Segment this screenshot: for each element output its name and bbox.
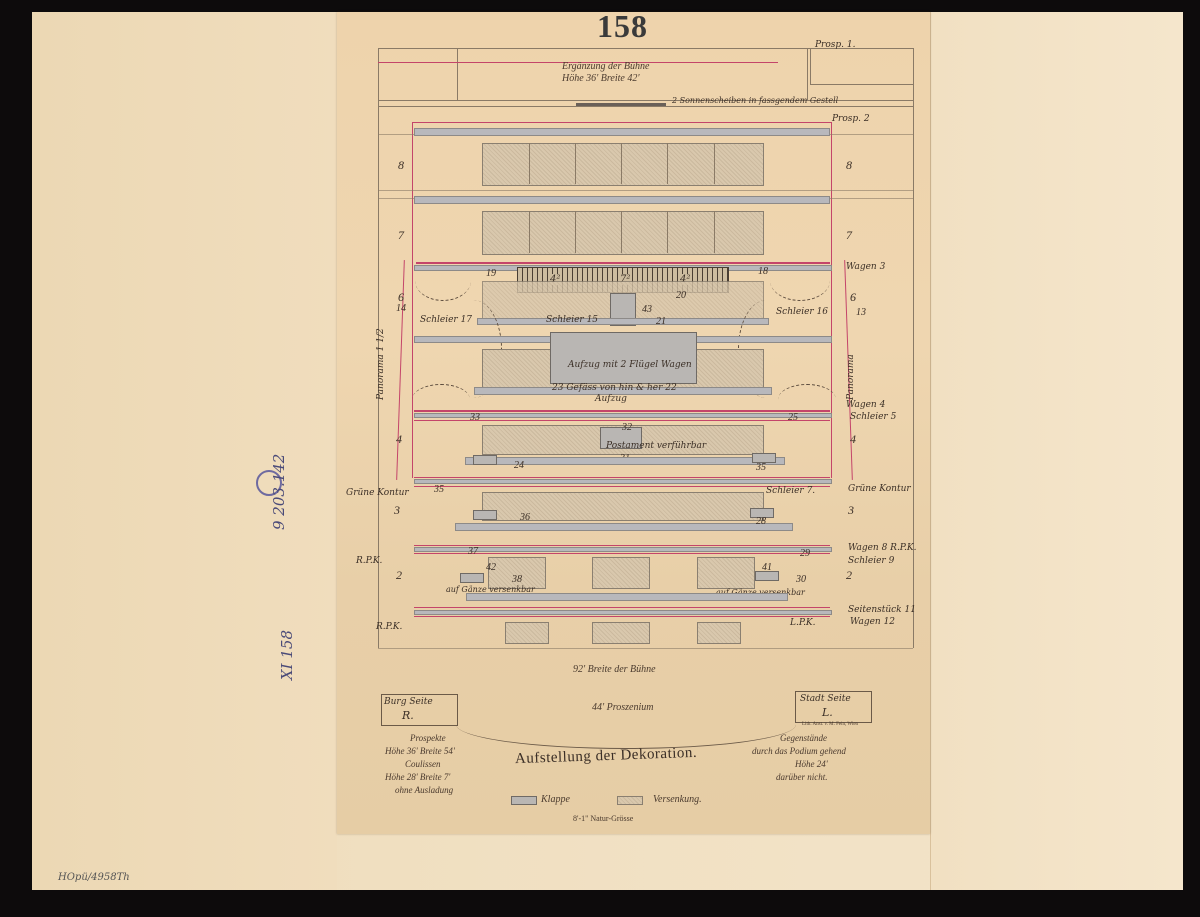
cue-number: 35: [434, 484, 444, 495]
cue-number: 41: [762, 562, 772, 573]
red-line: [414, 477, 830, 478]
legend-klappe-swatch: [511, 796, 537, 805]
stadt-seite-l: L.: [822, 706, 833, 719]
wagen8-label: Wagen 8 R.P.K.: [848, 543, 916, 553]
row-label-right: 4: [850, 432, 856, 447]
note-left-3: Coulissen: [405, 759, 441, 769]
rule: [667, 143, 668, 184]
cue-number: 18: [758, 266, 768, 277]
cue-number: 19: [486, 268, 496, 279]
cue-number: 38: [512, 574, 522, 585]
trap-area: [697, 557, 755, 589]
trap-door: [473, 510, 497, 520]
proscenium-curve: [456, 700, 796, 749]
rule: [714, 143, 715, 184]
header-line-1: Ergänzung der Bühne: [562, 61, 649, 72]
prosp2-label: Prosp. 2: [832, 114, 870, 124]
trap-area: [505, 622, 549, 644]
rule: [575, 143, 576, 184]
aufzug2-label: Aufzug: [595, 394, 627, 404]
swing-arc: [770, 260, 830, 301]
note-right-4: darüber nicht.: [776, 772, 828, 782]
rule: [378, 106, 913, 107]
rpk2-label: R.P.K.: [376, 622, 402, 632]
rule: [714, 211, 715, 253]
header-line-2: Höhe 36' Breite 42': [562, 73, 640, 84]
rule: [807, 48, 808, 100]
legend-klappe-label: Klappe: [541, 794, 570, 805]
legend-versenkung-label: Versenkung.: [653, 794, 702, 805]
wagen-bar: [477, 318, 769, 325]
red-line: [414, 607, 830, 608]
row-label-left: 7: [398, 228, 404, 243]
gruene-kontur-right-label: Grüne Kontur: [848, 484, 911, 494]
wagen3-label: Wagen 3: [846, 262, 885, 272]
wagen-bar: [414, 479, 832, 484]
mounting-board-left: [32, 12, 337, 890]
schleier7-label: Schleier 7.: [766, 486, 815, 496]
rpk-label: R.P.K.: [356, 556, 382, 566]
row-label-left: 8: [398, 158, 404, 173]
lift-unit: [550, 332, 697, 384]
cue-number: 36: [520, 512, 530, 523]
note-left-5: ohne Ausladung: [395, 785, 453, 795]
trap-area: [592, 622, 650, 644]
trap-area: [482, 143, 764, 186]
cue-number: 20: [676, 290, 686, 301]
lpk-label: L.P.K.: [790, 618, 816, 628]
rule: [529, 211, 530, 253]
rule: [667, 211, 668, 253]
gefaess-label: 23 Gefäss von hin & her 22: [552, 383, 677, 393]
prospect-bar: [414, 128, 830, 136]
schleier15-label: Schleier 15: [546, 315, 598, 325]
stage-width-label: 92' Breite der Bühne: [573, 664, 656, 675]
row-label-left: 4: [396, 432, 402, 447]
wagen-bar: [414, 610, 832, 615]
rule: [378, 648, 913, 649]
burg-seite-label: Burg Seite: [384, 697, 433, 707]
row-label-left: 2: [396, 568, 402, 583]
note-right-3: Höhe 24': [795, 759, 828, 769]
row-label-right: 3: [848, 503, 854, 518]
cue-number: 21: [656, 316, 666, 327]
rule: [529, 143, 530, 184]
cue-number: 33: [470, 412, 480, 423]
wagen4-label: Wagen 4: [846, 400, 885, 410]
mounting-board-right: [930, 12, 1183, 890]
cue-number: 29: [800, 548, 810, 559]
schleier5-label: Schleier 5: [850, 412, 896, 422]
stadt-seite-label: Stadt Seite: [800, 694, 851, 704]
cue-number: 28: [756, 516, 766, 527]
trap-door: [473, 455, 497, 465]
trap-area: [697, 622, 741, 644]
rule: [575, 211, 576, 253]
trap-area: [482, 211, 764, 255]
shelfmark-2: XI 158: [278, 630, 296, 680]
aufzug-label: Aufzug mit 2 Flügel Wagen: [568, 360, 692, 370]
trap-area: [592, 557, 650, 589]
cue-number: 25: [788, 412, 798, 423]
sheet-number: 158: [597, 8, 648, 45]
panorama-left-label: Panorama 1 1/2: [376, 328, 386, 400]
legend-versenkung-swatch: [617, 796, 643, 805]
cue-number: 24: [514, 460, 524, 471]
row-label-right: 2: [846, 568, 852, 583]
shelfmark-1: 9 203.142: [270, 454, 288, 530]
sonnen-bar: [576, 103, 666, 106]
prospect-bar: [414, 196, 830, 204]
panorama-right-label: Panorama: [846, 354, 856, 400]
row-label-right: 6: [850, 290, 856, 305]
row-label-right: 7: [846, 228, 852, 243]
note-left-2: Höhe 36' Breite 54': [385, 746, 455, 756]
postament-label: Postament verführbar: [606, 441, 706, 451]
schleier9-label: Schleier 9: [848, 556, 894, 566]
note-right-2: durch das Podium gehend: [752, 746, 846, 756]
cue-number: 13: [856, 307, 866, 318]
note-left-1: Prospekte: [410, 733, 446, 743]
rule: [913, 48, 914, 648]
rule: [810, 48, 914, 85]
cue-number: 35: [756, 462, 766, 473]
note-left-4: Höhe 28' Breite 7': [385, 772, 450, 782]
cue-number: 37: [468, 546, 478, 557]
red-line: [416, 262, 830, 264]
printer-mark: Lith. Anst. v. M. Fein, Wien: [802, 722, 858, 727]
burg-seite-r: R.: [402, 709, 414, 722]
cue-number: 32: [622, 422, 632, 433]
trap-door: [460, 573, 484, 583]
red-line: [414, 616, 830, 617]
rule: [621, 211, 622, 253]
rule: [621, 143, 622, 184]
wagen-bar: [466, 593, 788, 601]
row-label-left: 3: [394, 503, 400, 518]
note-right-1: Gegenstände: [780, 733, 827, 743]
wagen-bar: [455, 523, 793, 531]
wagen12-label: Wagen 12: [850, 617, 895, 627]
scale-label: 8'-1" Natur-Grösse: [573, 814, 633, 823]
bottom-left-note: HOpü/4958Th: [58, 872, 130, 883]
rule: [378, 190, 913, 191]
wagen-bar: [465, 457, 785, 465]
cue-number: 14: [396, 303, 406, 314]
rule: [457, 48, 458, 100]
gruene-kontur-left-label: Grüne Kontur: [346, 488, 409, 498]
prosp1-label: Prosp. 1.: [815, 40, 855, 50]
sonnen-label: 2 Sonnenscheiben in fassgendem Gestell: [672, 96, 838, 105]
swing-arc: [415, 260, 471, 301]
cue-number: 43: [642, 304, 652, 315]
cue-number: 30: [796, 574, 806, 585]
cue-number: 42: [486, 562, 496, 573]
row-label-right: 8: [846, 158, 852, 173]
seitenstueck11-label: Seitenstück 11: [848, 605, 916, 615]
